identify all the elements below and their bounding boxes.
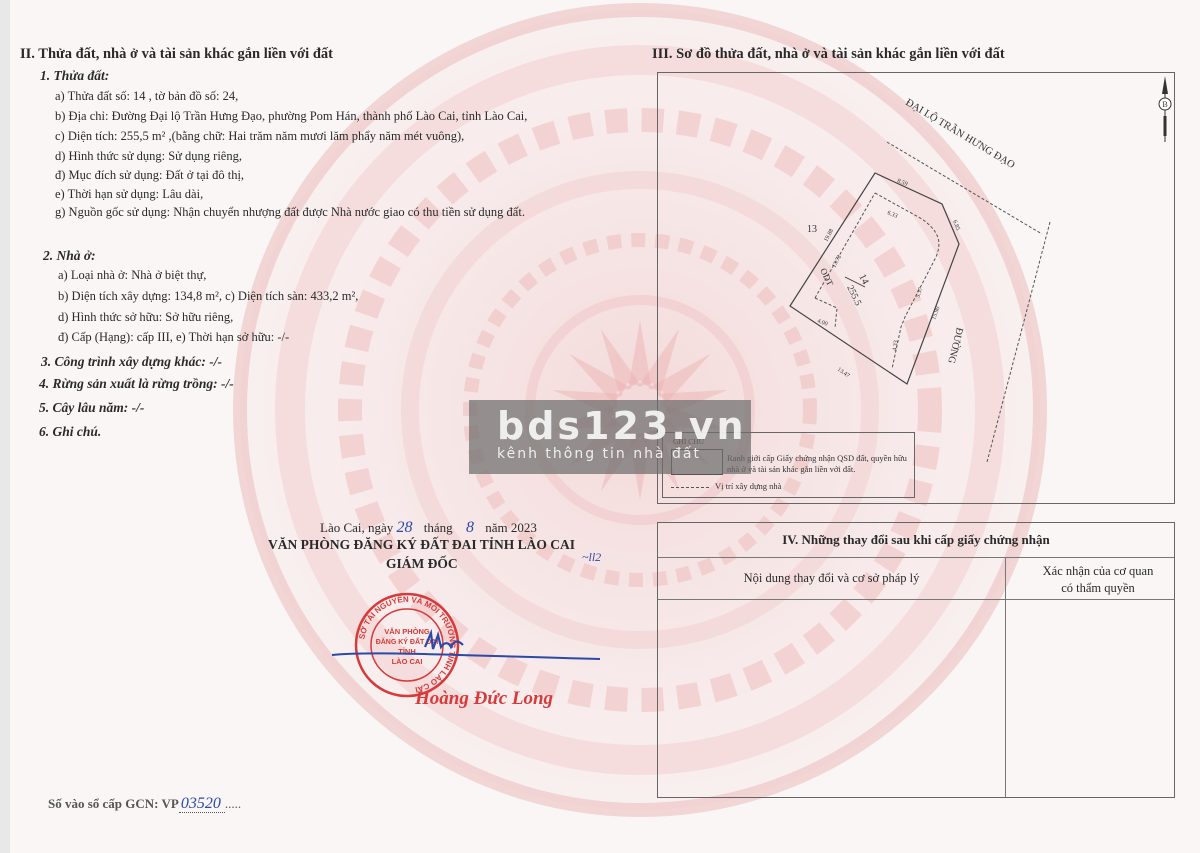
svg-text:4.33: 4.33 xyxy=(892,340,900,351)
house-line-grade: đ) Cấp (Hạng): cấp III, e) Thời hạn sở h… xyxy=(58,330,289,345)
registry-number: Số vào sổ cấp GCN: VP03520..... xyxy=(48,795,241,813)
house-line-area: b) Diện tích xây dựng: 134,8 m², c) Diện… xyxy=(58,289,358,304)
watermark-banner: bds123.vn kênh thông tin nhà đất xyxy=(469,400,751,474)
watermark-tagline: kênh thông tin nhà đất xyxy=(497,446,701,462)
production-forest: 4. Rừng sản xuất là rừng trồng: -/- xyxy=(39,376,234,392)
land-line-term: e) Thời hạn sử dụng: Lâu dài, xyxy=(55,187,203,202)
svg-text:ODT: ODT xyxy=(818,266,835,287)
land-line-area: c) Diện tích: 255,5 m² ,(bằng chữ: Hai t… xyxy=(55,129,464,144)
col-authority-confirmation: Xác nhận của cơ quan có thẩm quyền xyxy=(1038,563,1158,597)
svg-text:5.37: 5.37 xyxy=(915,287,924,299)
issue-date: Lào Cai, ngày 28 tháng 8 năm 2023 xyxy=(320,519,537,537)
legend-boundary-text: Ranh giới cấp Giấy chứng nhận QSD đất, q… xyxy=(727,453,913,475)
land-line-usage-form: d) Hình thức sử dụng: Sử dụng riêng, xyxy=(55,149,242,164)
section-3-title: III. Sơ đồ thửa đất, nhà ở và tài sản kh… xyxy=(652,46,1005,63)
svg-text:13.47: 13.47 xyxy=(836,367,851,380)
signer-name: Hoàng Đức Long xyxy=(415,688,553,710)
svg-text:B: B xyxy=(1162,100,1167,109)
legend-house-text: Vị trí xây dựng nhà xyxy=(715,481,781,491)
svg-text:15.90: 15.90 xyxy=(931,306,941,321)
land-line-origin: g) Nguồn gốc sử dụng: Nhận chuyển nhượng… xyxy=(55,205,525,220)
svg-text:4.00: 4.00 xyxy=(816,318,828,327)
col-change-content: Nội dung thay đổi và cơ sở pháp lý xyxy=(658,571,1005,586)
svg-text:8.59: 8.59 xyxy=(896,178,908,187)
changes-table: IV. Những thay đổi sau khi cấp giấy chứn… xyxy=(657,522,1175,798)
svg-text:19.88: 19.88 xyxy=(823,228,835,243)
notes-heading: 6. Ghi chú. xyxy=(39,424,101,440)
land-line-address: b) Địa chỉ: Đường Đại lộ Trần Hưng Đạo, … xyxy=(55,109,527,124)
perennial-trees: 5. Cây lâu năm: -/- xyxy=(39,400,144,416)
watermark-brand: bds123.vn xyxy=(497,404,747,448)
svg-text:14: 14 xyxy=(856,272,870,286)
land-line-parcel: a) Thửa đất số: 14 , tờ bản đồ số: 24, xyxy=(55,89,238,104)
house-line-type: a) Loại nhà ở: Nhà ở biệt thự, xyxy=(58,268,206,283)
legend-dashed-symbol xyxy=(671,487,709,488)
issue-month: 8 xyxy=(466,519,474,536)
issuing-office: VĂN PHÒNG ĐĂNG KÝ ĐẤT ĐAI TỈNH LÀO CAI xyxy=(268,537,575,553)
svg-text:6.33: 6.33 xyxy=(886,210,898,219)
table-column-divider xyxy=(1005,557,1006,797)
svg-text:ĐƯỜNG: ĐƯỜNG xyxy=(945,326,966,364)
signer-role: GIÁM ĐỐC xyxy=(386,556,458,572)
north-arrow-icon: B xyxy=(1157,76,1173,144)
table-divider xyxy=(658,557,1174,558)
svg-text:255.5: 255.5 xyxy=(844,284,862,308)
other-construction: 3. Công trình xây dựng khác: -/- xyxy=(41,354,222,370)
house-heading: 2. Nhà ở: xyxy=(43,248,96,264)
land-heading: 1. Thửa đất: xyxy=(40,68,109,84)
table-header-divider xyxy=(658,599,1174,600)
section-2-title: II. Thửa đất, nhà ở và tài sản khác gắn … xyxy=(20,46,333,63)
house-line-ownership: d) Hình thức sở hữu: Sở hữu riêng, xyxy=(58,310,233,325)
issue-day: 28 xyxy=(397,519,413,536)
svg-text:ĐẠI LỘ TRẦN HƯNG ĐẠO: ĐẠI LỘ TRẦN HƯNG ĐẠO xyxy=(903,95,1017,171)
svg-text:13.72: 13.72 xyxy=(831,254,843,269)
svg-text:13: 13 xyxy=(807,224,817,235)
initials-mark: ~ll2 xyxy=(582,550,601,565)
handwritten-signature xyxy=(330,625,610,665)
section-4-title: IV. Những thay đổi sau khi cấp giấy chứn… xyxy=(658,532,1174,548)
land-line-purpose: đ) Mục đích sử dụng: Đất ở tại đô thị, xyxy=(55,168,244,183)
